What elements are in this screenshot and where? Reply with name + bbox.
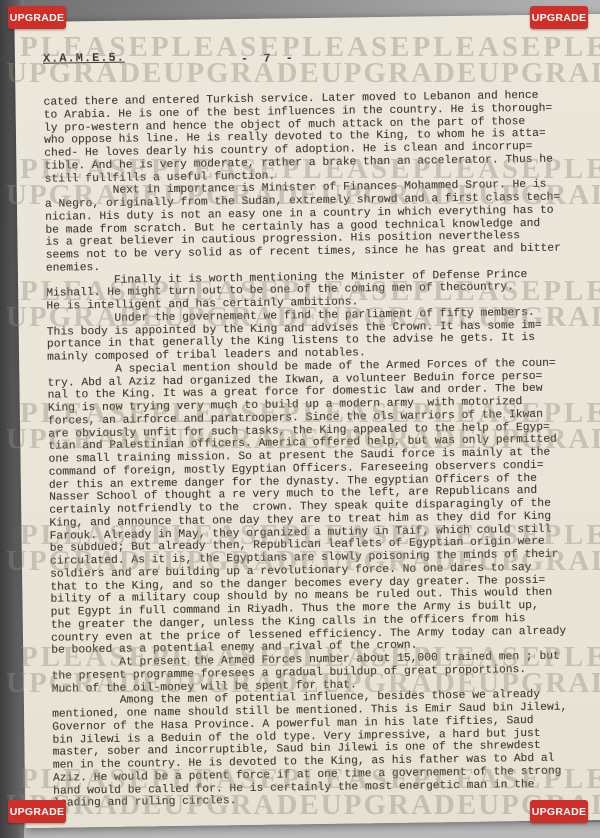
- paper-page: X.A.M.E.5. - 7 - cated there and entered…: [14, 14, 600, 828]
- upgrade-badge-top-left[interactable]: UPGRADE: [8, 6, 66, 29]
- upgrade-badge-bottom-left[interactable]: UPGRADE: [8, 800, 66, 823]
- document-body: cated there and entered Turkish service.…: [43, 89, 600, 811]
- page-number: - 7 -: [241, 51, 297, 66]
- scanned-document: X.A.M.E.5. - 7 - cated there and entered…: [0, 0, 600, 838]
- upgrade-badge-bottom-right[interactable]: UPGRADE: [530, 800, 588, 823]
- upgrade-badge-top-right[interactable]: UPGRADE: [530, 6, 588, 29]
- file-reference: X.A.M.E.5.: [43, 51, 125, 66]
